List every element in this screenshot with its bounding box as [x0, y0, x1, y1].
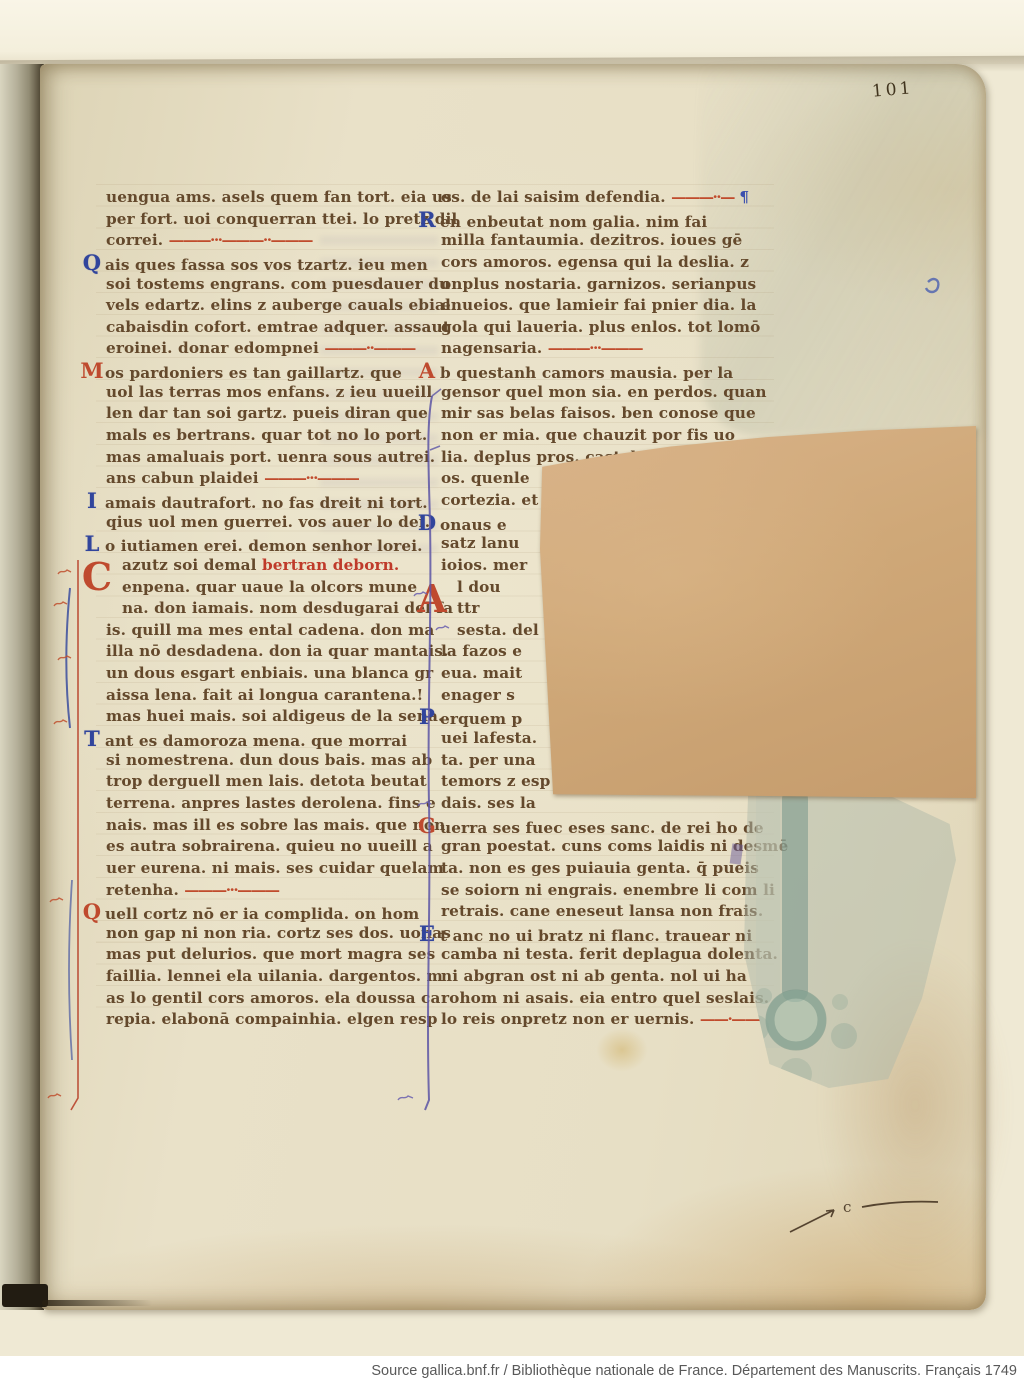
text-segment-ink: mals es bertrans. quar tot no lo port.: [106, 426, 427, 444]
text-segment-filler: ———··———: [324, 339, 414, 357]
text-segment-ink: os. de lai saisim defendia.: [441, 188, 671, 206]
text-line: cabaisdin cofort. emtrae adquer. assaut: [106, 317, 434, 339]
text-segment-ink: nagensaria.: [441, 339, 548, 357]
text-segment-ink: uerra ses fuec eses sanc. de rei ho de: [440, 819, 764, 837]
text-segment-filler: ———···———··———: [169, 231, 312, 249]
text-line: Mos pardoniers es tan gaillartz. que: [106, 360, 434, 382]
illuminated-initial: D: [415, 512, 439, 534]
text-line: gran poestat. cuns coms laidis ni desmē: [441, 836, 773, 858]
text-line: as lo gentil cors amoros. ela doussa ca: [106, 988, 434, 1010]
text-line: es autra sobrairena. quieu no uueill a: [106, 836, 434, 858]
text-segment-ink: soi tostems engrans. com puesdauer du: [106, 275, 450, 293]
left-column: uengua ams. asels quem fan tort. eia usp…: [106, 187, 434, 1031]
text-line: ttr: [441, 598, 773, 620]
text-segment-ink: enueios. que lamieir fai pnier dia. la: [441, 296, 756, 314]
text-segment-ink: si nomestrena. dun dous bais. mas ab: [106, 751, 432, 769]
text-segment-ink: lia. deplus pros. castelas ho rier ka: [441, 448, 746, 466]
text-line: Qais ques fassa sos vos tzartz. ieu men: [106, 252, 434, 274]
stain-spot: [596, 1028, 648, 1072]
illuminated-initial: I: [80, 490, 104, 512]
stanza-block: Tant es damoroza mena. que morraisi nome…: [106, 728, 434, 901]
text-segment-ink: ioios. mer: [441, 556, 527, 574]
text-line: ans cabun plaidei ———···———: [106, 468, 434, 490]
text-segment-ink: onaus e: [440, 516, 507, 534]
text-line: na. don iamais. nom desdugarai del fa: [106, 598, 434, 620]
text-segment-ink: na. don iamais. nom desdugarai del fa: [122, 599, 453, 617]
text-line: dais. ses la: [441, 793, 773, 815]
text-segment-ink: terrena. anpres lastes derolena. fins e: [106, 794, 436, 812]
text-line: uer eurena. ni mais. ses cuidar quelam: [106, 858, 434, 880]
text-segment-ink: mir sas belas faisos. ben conose que: [441, 404, 756, 422]
text-line: se soiorn ni engrais. enembre li com li: [441, 880, 773, 902]
text-line: Cazutz soi demal bertran deborn.: [106, 555, 434, 577]
text-line: cors amoros. egensa qui la deslia. z: [441, 252, 773, 274]
text-segment-ink: t anc no ui bratz ni flanc. trauear ni: [440, 927, 752, 945]
text-line: si nomestrena. dun dous bais. mas ab: [106, 750, 434, 772]
text-line: repia. elabonā compainhia. elgen resp: [106, 1009, 434, 1031]
text-segment-ink: faillia. lennei ela uilania. dargentos. …: [106, 967, 443, 985]
text-segment-ink: correi.: [106, 231, 169, 249]
text-segment-ink: un dous esgart enbiais. una blanca gr: [106, 664, 433, 682]
text-line: ta. non es ges puiauia genta. q̄ pueis: [441, 858, 773, 880]
text-line: os. de lai saisim defendia. ———··— ¶: [441, 187, 773, 209]
text-segment-ink: gensor quel mon sia. en perdos. quan: [441, 383, 767, 401]
text-line: mals es bertrans. quar tot no lo port.: [106, 425, 434, 447]
text-line: qius uol men guerrei. vos auer lo dei.: [106, 512, 434, 534]
text-segment-ink: gola qui laueria. plus enlos. tot lomō: [441, 318, 760, 336]
stanza-block: uengua ams. asels quem fan tort. eia usp…: [106, 187, 434, 252]
text-segment-ink: ais ques fassa sos vos tzartz. ieu men: [105, 256, 428, 274]
text-line: nagensaria. ———···———: [441, 338, 773, 360]
corner-letter-mark: c: [843, 1198, 851, 1216]
text-segment-ink: o iutiamen erei. demon senhor lorei.: [105, 537, 423, 555]
text-line: non gap ni non ria. cortz ses dos. uonas: [106, 923, 434, 945]
text-segment-ink: repia. elabonā compainhia. elgen resp: [106, 1010, 438, 1028]
text-segment-ink: milla fantaumia. dezitros. ioues gē: [441, 231, 742, 249]
text-segment-ink: ta. per una: [441, 751, 536, 769]
text-segment-ink: camba ni testa. ferit deplagua dolenta.: [441, 945, 778, 963]
text-line: Lo iutiamen erei. demon senhor lorei.: [106, 533, 434, 555]
text-segment-ink: amais dautrafort. no fas dreit ni tort.: [105, 494, 428, 512]
text-line: per fort. uoi conquerran ttei. lo pretz …: [106, 209, 434, 231]
text-line: Quell cortz nō er ia complida. on hom: [106, 901, 434, 923]
page-bottom-gap-shadow: [42, 1300, 152, 1306]
stanza-block: Ren enbeutat nom galia. nim faimilla fan…: [441, 209, 773, 360]
text-segment-ink: rohom ni asais. eia entro quel seslais.: [441, 989, 769, 1007]
text-segment-ink: non er mia. que chauzit por fis uo: [441, 426, 735, 444]
illuminated-initial: C: [76, 555, 118, 599]
stanza-block: Perquem puei lafesta.ta. per unatemors z…: [441, 706, 773, 814]
text-segment-ink: nais. mas ill es sobre las mais. que non: [106, 816, 445, 834]
source-banner: Source gallica.bnf.fr / Bibliothèque nat…: [0, 1356, 1024, 1387]
text-line: milla fantaumia. dezitros. ioues gē: [441, 230, 773, 252]
stanza-block: Mos pardoniers es tan gaillartz. queuol …: [106, 360, 434, 490]
text-segment-ink: la fazos e: [441, 642, 522, 660]
text-segment-ink: as lo gentil cors amoros. ela doussa ca: [106, 989, 440, 1007]
stanza-block: Qais ques fassa sos vos tzartz. ieu mens…: [106, 252, 434, 360]
text-segment-ink: cortezia. et: [441, 491, 538, 509]
text-line: cortezia. et: [441, 490, 773, 512]
text-line: soi tostems engrans. com puesdauer du: [106, 274, 434, 296]
text-segment-ink: aissa lena. fait ai longua carantena.!: [106, 686, 423, 704]
text-segment-ink: ttr: [457, 599, 480, 617]
text-line: eroinei. donar edompnei ———··———: [106, 338, 434, 360]
text-segment-ink: uei lafesta.: [441, 729, 537, 747]
text-line: Ab questanh camors mausia. per la: [441, 360, 773, 382]
text-line: satz lanu: [441, 533, 773, 555]
text-line: terrena. anpres lastes derolena. fins e: [106, 793, 434, 815]
text-line: mir sas belas faisos. ben conose que: [441, 403, 773, 425]
text-line: enager s: [441, 685, 773, 707]
text-line: onplus nostaria. garnizos. serianpus: [441, 274, 773, 296]
text-segment-filler: ——·——: [700, 1010, 759, 1028]
text-line: non er mia. que chauzit por fis uo: [441, 425, 773, 447]
text-segment-ink: uol las terras mos enfans. z ieu uueill: [106, 383, 432, 401]
book-fore-edge: [0, 64, 44, 1310]
stanza-block: Ab questanh camors mausia. per lagensor …: [441, 360, 773, 511]
text-segment-ink: uell cortz nō er ia complida. on hom: [105, 905, 419, 923]
illuminated-initial: L: [80, 533, 104, 555]
text-segment-ink: cors amoros. egensa qui la deslia. z: [441, 253, 749, 271]
text-segment-filler: ———···———: [548, 339, 642, 357]
illuminated-initial: M: [80, 360, 104, 382]
stanza-block: Iamais dautrafort. no fas dreit ni tort.…: [106, 490, 434, 533]
text-line: ioios. mer: [441, 555, 773, 577]
text-line: Donaus e: [441, 512, 773, 534]
text-line: gensor quel mon sia. en perdos. quan: [441, 382, 773, 404]
text-line: retenha. ———···———: [106, 880, 434, 902]
text-line: Iamais dautrafort. no fas dreit ni tort.: [106, 490, 434, 512]
text-segment-ink: ans cabun plaidei: [106, 469, 264, 487]
text-line: Et anc no ui bratz ni flanc. trauear ni: [441, 923, 773, 945]
text-segment-ink: erquem p: [440, 710, 522, 728]
text-line: is. quill ma mes ental cadena. don ma: [106, 620, 434, 642]
text-segment-filler: ———···———: [264, 469, 358, 487]
text-line: uei lafesta.: [441, 728, 773, 750]
stanza-block: Guerra ses fuec eses sanc. de rei ho deg…: [441, 815, 773, 923]
text-line: Al dou: [441, 577, 773, 599]
text-segment-ink: azutz soi demal: [122, 556, 262, 574]
text-segment-ink: len dar tan soi gartz. pueis diran que: [106, 404, 428, 422]
text-line: temors z esp: [441, 771, 773, 793]
text-segment-ink: illa nō desdadena. don ia quar mantais.: [106, 642, 448, 660]
text-segment-ink: b questanh camors mausia. per la: [440, 364, 733, 382]
text-segment-ink: es autra sobrairena. quieu no uueill a: [106, 837, 433, 855]
text-segment-ink: mas amaluais port. uenra sous autrei.: [106, 448, 435, 466]
text-segment-ink: is. quill ma mes ental cadena. don ma: [106, 621, 434, 639]
text-segment-ink: retenha.: [106, 881, 184, 899]
text-line: sesta. del: [441, 620, 773, 642]
text-line: camba ni testa. ferit deplagua dolenta.: [441, 944, 773, 966]
text-segment-ink: enpena. quar uaue la olcors mune: [122, 578, 417, 596]
text-segment-ink: mas put delurios. que mort magra ses: [106, 945, 435, 963]
text-segment-ink: uer eurena. ni mais. ses cuidar quelam: [106, 859, 444, 877]
text-segment-filler: ———···———: [184, 881, 278, 899]
text-segment-ink: non gap ni non ria. cortz ses dos. uonas: [106, 924, 451, 942]
text-segment-paraph: ¶: [734, 188, 749, 206]
text-line: correi. ———···———··———: [106, 230, 434, 252]
text-line: vels edartz. elins z auberge cauals ebia…: [106, 295, 434, 317]
text-segment-ink: ni abgran ost ni ab genta. nol ui ha: [441, 967, 747, 985]
text-line: Guerra ses fuec eses sanc. de rei ho de: [441, 815, 773, 837]
text-segment-ink: uengua ams. asels quem fan tort. eia us: [106, 188, 452, 206]
text-line: Ren enbeutat nom galia. nim fai: [441, 209, 773, 231]
text-segment-red: bertran deborn.: [262, 556, 399, 574]
text-line: trop derguell men lais. detota beutat: [106, 771, 434, 793]
text-segment-ink: per fort. uoi conquerran ttei. lo pretz …: [106, 210, 457, 228]
text-line: aissa lena. fait ai longua carantena.!: [106, 685, 434, 707]
text-line: gola qui laueria. plus enlos. tot lomō: [441, 317, 773, 339]
illuminated-initial: T: [80, 728, 104, 750]
text-line: eua. mait: [441, 663, 773, 685]
text-segment-ink: l dou: [457, 578, 501, 596]
text-segment-ink: eroinei. donar edompnei: [106, 339, 324, 357]
stanza-block: os. de lai saisim defendia. ———··— ¶: [441, 187, 773, 209]
illuminated-initial: Q: [80, 252, 104, 274]
illuminated-initial: A: [415, 360, 439, 382]
text-line: rohom ni asais. eia entro quel seslais.: [441, 988, 773, 1010]
text-line: Tant es damoroza mena. que morrai: [106, 728, 434, 750]
text-line: lo reis onpretz non er uernis. ——·——: [441, 1009, 773, 1031]
text-line: uengua ams. asels quem fan tort. eia us: [106, 187, 434, 209]
text-segment-ink: en enbeutat nom galia. nim fai: [440, 213, 707, 231]
text-segment-ink: satz lanu: [441, 534, 519, 552]
text-line: nais. mas ill es sobre las mais. que non: [106, 815, 434, 837]
text-segment-ink: vels edartz. elins z auberge cauals ebia…: [106, 296, 456, 314]
text-segment-ink: mas huei mais. soi aldigeus de la sena.: [106, 707, 443, 725]
text-segment-ink: eua. mait: [441, 664, 522, 682]
text-line: Perquem p: [441, 706, 773, 728]
stanza-block: Cazutz soi demal bertran deborn.enpena. …: [106, 555, 434, 728]
text-line: len dar tan soi gartz. pueis diran que: [106, 403, 434, 425]
text-line: ta. per una: [441, 750, 773, 772]
stanza-block: Donaus esatz lanuioios. mer: [441, 512, 773, 577]
text-segment-ink: os pardoniers es tan gaillartz. que: [105, 364, 402, 382]
text-line: faillia. lennei ela uilania. dargentos. …: [106, 966, 434, 988]
text-segment-ink: se soiorn ni engrais. enembre li com li: [441, 881, 775, 899]
text-line: os. quenle: [441, 468, 773, 490]
text-line: enueios. que lamieir fai pnier dia. la: [441, 295, 773, 317]
text-line: retrais. cane eneseut lansa non frais.: [441, 901, 773, 923]
text-line: la fazos e: [441, 641, 773, 663]
text-line: mas put delurios. que mort magra ses: [106, 944, 434, 966]
illuminated-initial: E: [415, 923, 439, 945]
text-line: illa nō desdadena. don ia quar mantais.: [106, 641, 434, 663]
text-segment-ink: ant es damoroza mena. que morrai: [105, 732, 407, 750]
text-segment-ink: os. quenle: [441, 469, 530, 487]
text-segment-ink: gran poestat. cuns coms laidis ni desmē: [441, 837, 788, 855]
stanza-block: Lo iutiamen erei. demon senhor lorei.: [106, 533, 434, 555]
text-segment-ink: retrais. cane eneseut lansa non frais.: [441, 902, 763, 920]
text-line: ni abgran ost ni ab genta. nol ui ha: [441, 966, 773, 988]
text-segment-ink: onplus nostaria. garnizos. serianpus: [441, 275, 756, 293]
text-segment-ink: ta. non es ges puiauia genta. q̄ pueis: [441, 859, 759, 877]
text-line: mas amaluais port. uenra sous autrei.: [106, 447, 434, 469]
text-line: mas huei mais. soi aldigeus de la sena.: [106, 706, 434, 728]
text-segment-ink: qius uol men guerrei. vos auer lo dei.: [106, 513, 430, 531]
text-segment-ink: dais. ses la: [441, 794, 536, 812]
text-segment-ink: cabaisdin cofort. emtrae adquer. assaut: [106, 318, 450, 336]
text-segment-filler: ———··—: [671, 188, 734, 206]
stanza-block: Et anc no ui bratz ni flanc. trauear nic…: [441, 923, 773, 1031]
text-segment-ink: temors z esp: [441, 772, 550, 790]
text-segment-ink: lo reis onpretz non er uernis.: [441, 1010, 700, 1028]
illuminated-initial: R: [415, 209, 439, 231]
illuminated-initial: Q: [80, 901, 104, 923]
text-segment-ink: sesta. del: [457, 621, 539, 639]
stanza-block: Al douttrsesta. della fazos eeua. maiten…: [441, 577, 773, 707]
text-line: lia. deplus pros. castelas ho rier ka: [441, 447, 773, 469]
text-line: enpena. quar uaue la olcors mune: [106, 577, 434, 599]
illuminated-initial: G: [415, 815, 439, 837]
stanza-block: Quell cortz nō er ia complida. on homnon…: [106, 901, 434, 1031]
folio-number: 101: [871, 78, 914, 102]
text-line: uol las terras mos enfans. z ieu uueill: [106, 382, 434, 404]
text-segment-ink: enager s: [441, 686, 515, 704]
text-line: un dous esgart enbiais. una blanca gr: [106, 663, 434, 685]
right-column: os. de lai saisim defendia. ———··— ¶Ren …: [441, 187, 773, 1031]
illuminated-initial: A: [411, 577, 453, 621]
text-segment-ink: trop derguell men lais. detota beutat: [106, 772, 427, 790]
upper-leaf-edge: [0, 0, 1024, 64]
illuminated-initial: P: [415, 706, 439, 728]
